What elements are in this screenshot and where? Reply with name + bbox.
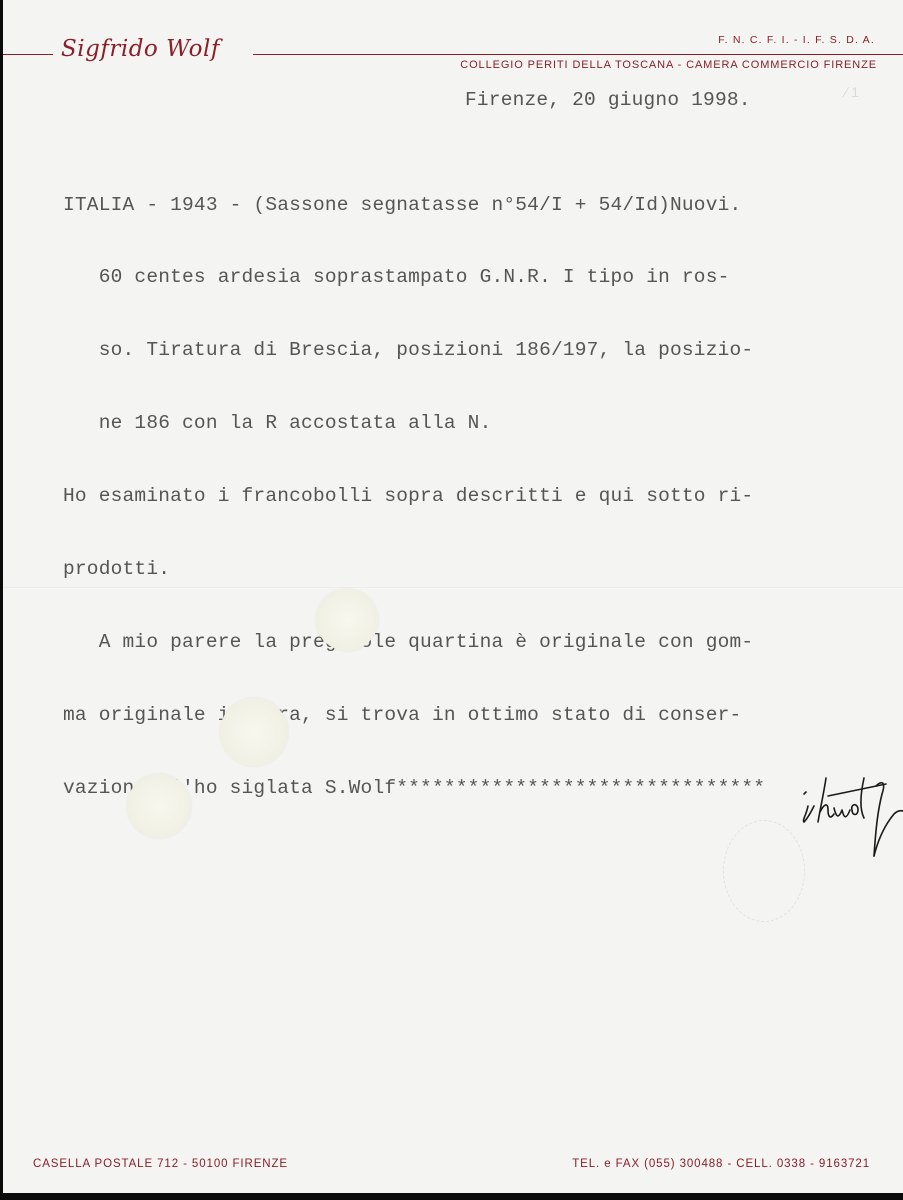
letterhead-rule-left (3, 54, 53, 55)
paper-fold-line (3, 587, 903, 589)
letter-line: A mio parere la pregevole quartina è ori… (63, 630, 765, 654)
stamp-hinge-mark (220, 698, 288, 766)
footer-contacts: TEL. e FAX (055) 300488 - CELL. 0338 - 9… (572, 1158, 870, 1170)
letterhead-name: Sigfrido Wolf (61, 36, 220, 62)
letter-date: Firenze, 20 giugno 1998. (465, 89, 751, 111)
letter-line: 60 centes ardesia soprastampato G.N.R. I… (63, 265, 765, 289)
stamp-hinge-mark (127, 774, 191, 838)
stamp-hinge-mark (316, 589, 378, 651)
letter-line: ne 186 con la R accostata alla N. (63, 411, 765, 435)
faint-embossed-stamp (723, 820, 805, 922)
letterhead-college: COLLEGIO PERITI DELLA TOSCANA - CAMERA C… (460, 59, 877, 71)
letter-line: ITALIA - 1943 - (Sassone segnatasse n°54… (63, 193, 765, 217)
letter-body: ITALIA - 1943 - (Sassone segnatasse n°54… (63, 144, 765, 849)
margin-pencil-mark: ∕ 1 (845, 84, 859, 100)
letter-line: prodotti. (63, 557, 765, 581)
letter-line: so. Tiratura di Brescia, posizioni 186/1… (63, 338, 765, 362)
letter-line: Ho esaminato i francobolli sopra descrit… (63, 484, 765, 508)
handwritten-signature-icon (798, 770, 903, 870)
certificate-page: Sigfrido Wolf F. N. C. F. I. - I. F. S. … (3, 0, 903, 1193)
footer-address: CASELLA POSTALE 712 - 50100 FIRENZE (33, 1158, 288, 1170)
letter-line: ma originale integra, si trova in ottimo… (63, 703, 765, 727)
letterhead-rule-right (253, 54, 903, 55)
letterhead-associations: F. N. C. F. I. - I. F. S. D. A. (718, 34, 875, 46)
